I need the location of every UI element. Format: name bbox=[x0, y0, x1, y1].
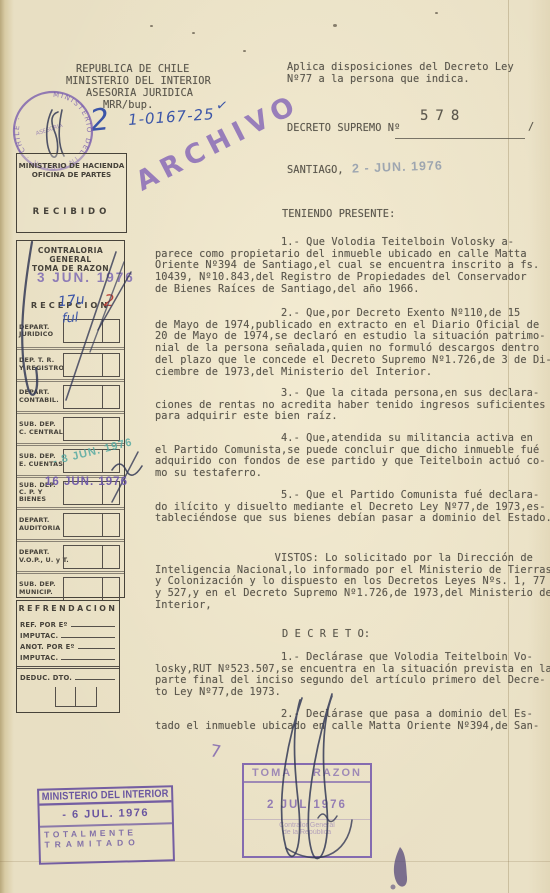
signature-loop2 bbox=[308, 694, 332, 858]
inner-cell-divider bbox=[75, 687, 76, 706]
decree-number-underline bbox=[395, 138, 525, 139]
hacienda-recibido-stamp: MINISTERIO DE HACIENDA OFICINA DE PARTES… bbox=[16, 153, 127, 233]
vistos-paragraph: VISTOS: Lo solicitado por la Dirección d… bbox=[155, 553, 550, 612]
refrendacion-field: IMPUTAC. bbox=[17, 651, 119, 662]
tramitado-stamp: MINISTERIO DEL INTERIOR - 6 JUL. 1976 TO… bbox=[37, 785, 175, 865]
table-row: DEPART. V.O.P., U. y T. bbox=[17, 539, 124, 571]
ink-smudge bbox=[386, 845, 426, 893]
paragraph-4: 4.- Que,atendida su militancia activa en… bbox=[155, 433, 546, 480]
recibido-line1: MINISTERIO DE HACIENDA bbox=[17, 161, 126, 170]
subject-text: Aplica disposiciones del Decreto Ley Nº7… bbox=[287, 62, 514, 85]
refrendacion-field: REF. POR Eº bbox=[17, 618, 119, 629]
field-blank-line bbox=[61, 637, 115, 638]
teniendo-presente-heading: TENIENDO PRESENTE: bbox=[282, 209, 395, 221]
paragraph-1: 1.- Que Volodia Teitelboin Volosky a- pa… bbox=[155, 237, 539, 296]
handwritten-seven: 7 bbox=[208, 741, 222, 763]
seal-signature-scribble bbox=[47, 110, 64, 157]
paragraph-5: 5.- Que el Partido Comunista fué declara… bbox=[155, 490, 550, 525]
field-label: REF. POR Eº bbox=[20, 621, 68, 629]
city-label: SANTIAGO, bbox=[287, 165, 344, 177]
office-line-asesoria: ASESORIA JURIDICA bbox=[86, 88, 193, 100]
field-label: ANOT. POR Eº bbox=[20, 643, 75, 651]
decree-slash: / bbox=[528, 122, 534, 134]
refrendacion-box: REFRENDACION REF. POR Eº IMPUTAC. ANOT. … bbox=[16, 600, 120, 713]
table-row: SUB. DEP. MUNICIP. bbox=[17, 571, 124, 603]
blue-pen-stroke bbox=[22, 242, 37, 395]
document-page: REPUBLICA DE CHILE MINISTERIO DEL INTERI… bbox=[0, 0, 550, 893]
paper-speck bbox=[333, 24, 337, 27]
decree-supremo-label: DECRETO SUPREMO Nº bbox=[287, 123, 400, 135]
paper-speck bbox=[435, 12, 438, 14]
recibido-line3: RECIBIDO bbox=[17, 207, 126, 217]
field-label: IMPUTAC. bbox=[20, 654, 58, 662]
divider bbox=[17, 666, 119, 669]
santiago-date-stamp: 2 - JUN. 1976 bbox=[352, 158, 443, 175]
paper-speck bbox=[243, 50, 246, 52]
field-blank-line bbox=[61, 659, 115, 660]
row-cell bbox=[103, 545, 120, 569]
red-pen-stroke bbox=[98, 272, 131, 330]
field-label: IMPUTAC. bbox=[20, 632, 58, 640]
field-blank-line bbox=[75, 679, 115, 680]
recibido-line2: OFICINA DE PARTES bbox=[17, 170, 126, 179]
refrendacion-field: ANOT. POR Eº bbox=[17, 640, 119, 651]
paragraph-2: 2.- Que,por Decreto Exento Nº110,de 15 d… bbox=[155, 308, 550, 378]
row-label: SUB. DEP. MUNICIP. bbox=[19, 581, 63, 595]
refrendacion-title: REFRENDACION bbox=[17, 604, 119, 613]
decree-number: 578 bbox=[420, 111, 466, 123]
field-label: DEDUC. DTO. bbox=[20, 674, 72, 682]
row-label: DEPART. V.O.P., U. y T. bbox=[19, 549, 63, 563]
tramitado-date: - 6 JUL. 1976 bbox=[40, 806, 172, 821]
refrendacion-field: DEDUC. DTO. bbox=[17, 671, 119, 682]
dark-pen-stroke2 bbox=[90, 262, 124, 352]
paper-speck bbox=[192, 32, 195, 34]
tramitado-line2: TRAMITADO bbox=[40, 836, 172, 849]
signature-loop1 bbox=[282, 698, 302, 856]
row-cell bbox=[63, 545, 103, 569]
paragraph-3: 3.- Que la citada persona,en sus declara… bbox=[155, 388, 546, 423]
row-cell bbox=[103, 577, 120, 601]
field-blank-line bbox=[71, 626, 115, 627]
handwritten-check-mark: ✓ bbox=[215, 97, 229, 114]
row-cell bbox=[63, 577, 103, 601]
decreto-heading: D E C R E T O: bbox=[282, 629, 370, 641]
refrendacion-field: IMPUTAC. bbox=[17, 629, 119, 640]
inner-empty-cell bbox=[55, 687, 97, 707]
tramitado-header: MINISTERIO DEL INTERIOR bbox=[39, 786, 171, 806]
official-signature bbox=[240, 680, 400, 893]
bienes-purple-date-stamp: 16 JUN. 1976 bbox=[45, 476, 128, 488]
dark-pen-stroke bbox=[66, 252, 116, 400]
paper-speck bbox=[150, 25, 153, 27]
office-line-republica: REPUBLICA DE CHILE bbox=[76, 64, 189, 76]
field-blank-line bbox=[78, 648, 115, 649]
